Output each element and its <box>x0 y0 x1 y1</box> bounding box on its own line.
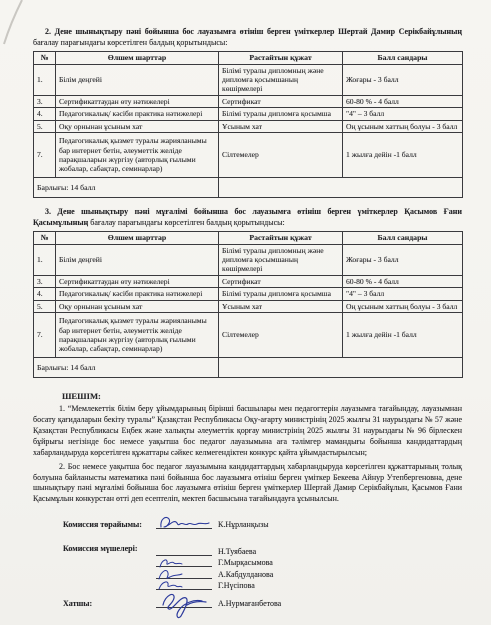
member-signature-line <box>156 571 212 579</box>
secretary-signature-row: Хатшы: А.Нурмағанбетова <box>63 599 462 608</box>
secretary-signature-line <box>156 599 212 608</box>
member-name: А.Кабдулданова <box>218 570 273 579</box>
table-cell-criteria: Оқу орнынан ұсыным хат <box>56 300 219 312</box>
table-cell-document: Сертификат <box>219 275 343 287</box>
table-row: 5.Оқу орнынан ұсыным хатҰсыным хатОң ұсы… <box>34 120 463 132</box>
table-row: 4.Педагогикалық/ кәсіби практика нәтижел… <box>34 288 463 300</box>
table-cell-num: 7. <box>34 133 56 178</box>
members-signature-block: Комиссия мүшелері: Н.Туябаева Г.Мырқасым… <box>63 544 462 590</box>
table-cell-points: Оң ұсыным хаттың болуы - 3 балл <box>343 300 463 312</box>
table-row: 3.Сертификаттаудан өту нәтижелеріСертифи… <box>34 275 463 287</box>
col-header-points: Балл сандары <box>343 232 463 244</box>
member-row: Н.Туябаева <box>156 544 273 556</box>
col-header-document: Растайтын құжат <box>219 52 343 64</box>
table-cell-criteria: Педагогикалық қызмет туралы жарияланымы … <box>56 133 219 178</box>
table-total-row: Барлығы: 14 балл <box>34 178 463 198</box>
section3-heading: 3. Дене шынықтыру пәні мұғалімі бойынша … <box>33 207 462 228</box>
decision-item-2: 2. Бос немесе уақытша бос педагог лауазы… <box>33 462 462 506</box>
section2-heading: 2. Дене шынықтыру пәні бойынша бос лауаз… <box>33 27 462 48</box>
table-cell-document: Сілтемелер <box>219 313 343 358</box>
col-header-points: Балл сандары <box>343 52 463 64</box>
member-row: Г.Мырқасымова <box>156 556 273 568</box>
table-cell-criteria: Педагогикалық қызмет туралы жарияланымы … <box>56 313 219 358</box>
secretary-signature <box>156 589 210 621</box>
scan-artifact <box>0 0 40 45</box>
table-cell-points: 1 жылға дейін -1 балл <box>343 133 463 178</box>
chair-signature <box>156 514 212 532</box>
members-list: Н.Туябаева Г.Мырқасымова А.Кабдулданова <box>156 544 273 590</box>
chair-signature-row: Комиссия төрайымы: К.Нұрланқызы <box>63 520 462 529</box>
table-cell-points: Жоғары - 3 балл <box>343 64 463 95</box>
table-cell-points: 60-80 % - 4 балл <box>343 275 463 287</box>
table-cell-num: 5. <box>34 300 56 312</box>
table-cell-criteria: Педагогикалық/ кәсіби практика нәтижелер… <box>56 288 219 300</box>
member-name: Г.Мырқасымова <box>218 558 273 567</box>
secretary-label: Хатшы: <box>63 599 156 608</box>
table-cell-num: 7. <box>34 313 56 358</box>
table-row: 4.Педагогикалық/ кәсіби практика нәтижел… <box>34 108 463 120</box>
table-cell-document: Білімі туралы дипломның және дипломға қо… <box>219 244 343 275</box>
table-total-empty-cell <box>219 178 463 198</box>
chair-label: Комиссия төрайымы: <box>63 520 156 529</box>
chair-signature-line <box>156 520 212 529</box>
section2-heading-bold: 2. Дене шынықтыру пәні бойынша бос лауаз… <box>45 27 462 36</box>
table-cell-criteria: Сертификаттаудан өту нәтижелері <box>56 95 219 107</box>
table-cell-points: 60-80 % - 4 балл <box>343 95 463 107</box>
secretary-name: А.Нурмағанбетова <box>218 599 281 608</box>
table-cell-points: "4" – 3 балл <box>343 288 463 300</box>
table-cell-points: Оң ұсыным хаттың болуы - 3 балл <box>343 120 463 132</box>
member-row: А.Кабдулданова <box>156 567 273 579</box>
table-cell-criteria: Сертификаттаудан өту нәтижелері <box>56 275 219 287</box>
table-cell-num: 5. <box>34 120 56 132</box>
col-header-num: № <box>34 52 56 64</box>
col-header-criteria: Өлшем шарттар <box>56 232 219 244</box>
table-row: 1.Білім деңгейіБілімі туралы дипломның ж… <box>34 244 463 275</box>
table-row: 7.Педагогикалық қызмет туралы жарияланым… <box>34 313 463 358</box>
table-cell-num: 3. <box>34 95 56 107</box>
section2-heading-rest: бағалау парағындағы көрсетілген балдың қ… <box>33 38 227 47</box>
members-label: Комиссия мүшелері: <box>63 544 156 553</box>
table-cell-document: Ұсыным хат <box>219 300 343 312</box>
table-row: 7.Педагогикалық қызмет туралы жарияланым… <box>34 133 463 178</box>
chair-name: К.Нұрланқызы <box>218 520 269 529</box>
table-total-empty-cell <box>219 358 463 378</box>
table-cell-points: "4" – 3 балл <box>343 108 463 120</box>
score-table-kasymov: № Өлшем шарттар Растайтын құжат Балл сан… <box>33 231 463 378</box>
table-cell-criteria: Білім деңгейі <box>56 244 219 275</box>
decision-heading: ШЕШІМ: <box>62 391 462 401</box>
score-table-shertay: № Өлшем шарттар Растайтын құжат Балл сан… <box>33 51 463 198</box>
table-cell-num: 1. <box>34 244 56 275</box>
table-cell-document: Білімі туралы дипломның және дипломға қо… <box>219 64 343 95</box>
table-cell-num: 4. <box>34 288 56 300</box>
table-cell-criteria: Білім деңгейі <box>56 64 219 95</box>
table-total-label: Барлығы: 14 балл <box>34 178 219 198</box>
table-total-row: Барлығы: 14 балл <box>34 358 463 378</box>
table-cell-criteria: Педагогикалық/ кәсіби практика нәтижелер… <box>56 108 219 120</box>
table-cell-document: Білімі туралы дипломға қосымша <box>219 288 343 300</box>
table-cell-points: Жоғары - 3 балл <box>343 244 463 275</box>
table-header-row: № Өлшем шарттар Растайтын құжат Балл сан… <box>34 52 463 64</box>
table-row: 1.Білім деңгейіБілімі туралы дипломның ж… <box>34 64 463 95</box>
table-cell-num: 1. <box>34 64 56 95</box>
table-cell-document: Ұсыным хат <box>219 120 343 132</box>
col-header-criteria: Өлшем шарттар <box>56 52 219 64</box>
table-cell-document: Сертификат <box>219 95 343 107</box>
table-total-label: Барлығы: 14 балл <box>34 358 219 378</box>
table-cell-criteria: Оқу орнынан ұсыным хат <box>56 120 219 132</box>
section3-heading-rest: бағалау парағындағы көрсетілген балдың қ… <box>88 218 284 227</box>
table-cell-document: Білімі туралы дипломға қосымша <box>219 108 343 120</box>
col-header-document: Растайтын құжат <box>219 232 343 244</box>
table-row: 3.Сертификаттаудан өту нәтижелеріСертифи… <box>34 95 463 107</box>
member-name: Н.Туябаева <box>218 547 256 556</box>
table-cell-document: Сілтемелер <box>219 133 343 178</box>
member-signature-line <box>156 548 212 556</box>
table-cell-num: 4. <box>34 108 56 120</box>
table-cell-num: 3. <box>34 275 56 287</box>
table-header-row: № Өлшем шарттар Растайтын құжат Балл сан… <box>34 232 463 244</box>
col-header-num: № <box>34 232 56 244</box>
document-page: 2. Дене шынықтыру пәні бойынша бос лауаз… <box>0 0 491 625</box>
table-row: 5.Оқу орнынан ұсыным хатҰсыным хатОң ұсы… <box>34 300 463 312</box>
member-signature-line <box>156 559 212 567</box>
table-cell-points: 1 жылға дейін -1 балл <box>343 313 463 358</box>
member-name: Г.Нүсіпова <box>218 581 255 590</box>
decision-item-1: 1. “Мемлекеттік білім беру ұйымдарының б… <box>33 404 462 459</box>
